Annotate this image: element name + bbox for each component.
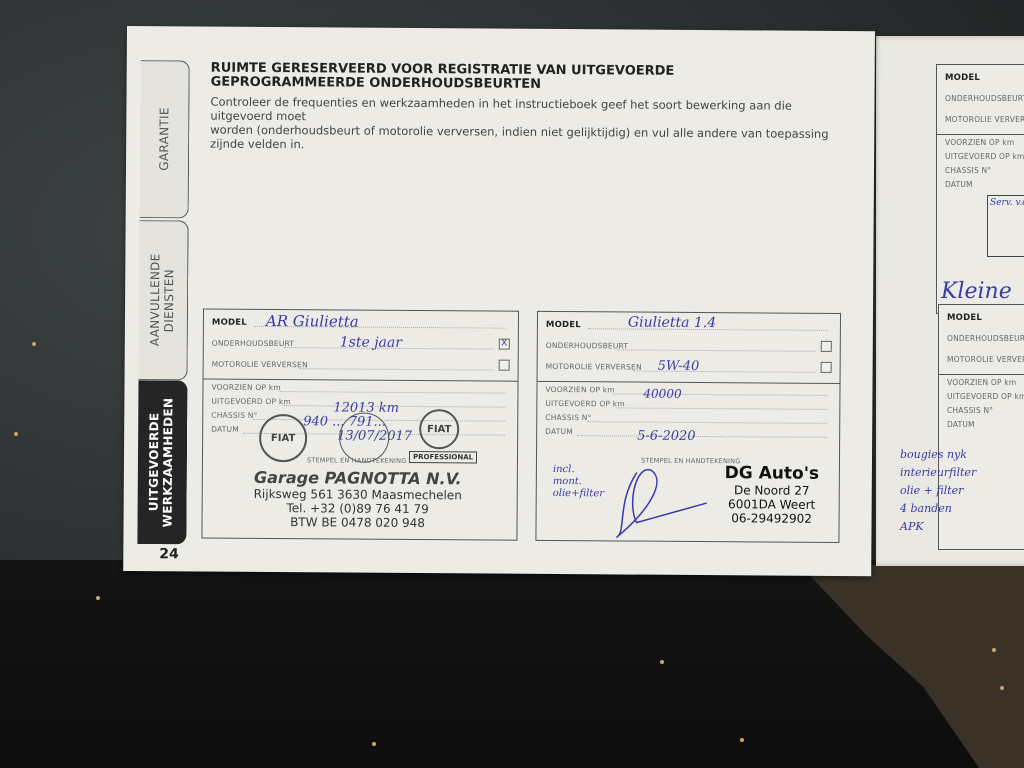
label-motorolie: MOTOROLIE VERVERSEN: [212, 360, 308, 370]
seal-text: FIAT: [271, 433, 295, 444]
right-page: MODEL ONDERHOUDSBEURT MOTOROLIE VERVERSE…: [876, 36, 1024, 566]
label-chassis: CHASSIS N°: [211, 411, 257, 420]
label-datum: DATUM: [211, 425, 239, 434]
motorolie-checkbox[interactable]: [499, 360, 510, 371]
motorolie-note: 5W-40: [658, 359, 700, 374]
label-onderhoudsbeurt: ONDERHOUDSBEURT: [212, 339, 294, 349]
debris: [740, 738, 744, 742]
label-uitgevoerd: UITGEVOERD OP km: [211, 397, 291, 407]
label-onderhoudsbeurt: ONDERHOUDSBEURT: [945, 94, 1024, 103]
label-model: MODEL: [546, 320, 581, 330]
datum-value: 5-6-2020: [637, 429, 696, 444]
label-datum: DATUM: [945, 180, 973, 189]
label-chassis: CHASSIS N°: [947, 406, 993, 415]
label-motorolie: MOTOROLIE VERVERSEN: [945, 115, 1024, 124]
debris: [992, 648, 996, 652]
debris: [1000, 686, 1004, 690]
debris: [372, 742, 376, 746]
intro-line: worden (onderhoudsbeurt of motorolie ver…: [210, 123, 850, 155]
signature: [606, 462, 717, 543]
signature: Kleine: [941, 279, 1012, 304]
note-line: 4 banden: [900, 500, 976, 518]
tab-uitgevoerde-werkzaamheden[interactable]: UITGEVOERDE WERKZAAMHEDEN: [137, 380, 187, 544]
label-voorzien: VOORZIEN OP km: [545, 385, 614, 394]
garage-address: Rijksweg 561 3630 Maasmechelen: [233, 487, 483, 503]
garage-stamp: Garage PAGNOTTA N.V. Rijksweg 561 3630 M…: [232, 468, 482, 531]
tab-aanvullende-diensten[interactable]: AANVULLENDE DIENSTEN: [139, 220, 189, 380]
label-motorolie: MOTOROLIE VERVERSEN: [947, 355, 1024, 364]
label-chassis: CHASSIS N°: [545, 413, 591, 422]
garage-name: Garage PAGNOTTA N.V.: [233, 468, 483, 489]
garage-city: 6001DA Weert: [717, 497, 827, 512]
tab-label: UITGEVOERDE WERKZAAMHEDEN: [146, 381, 177, 543]
note-line: APK: [900, 518, 976, 536]
label-uitgevoerd: UITGEVOERD OP km: [945, 152, 1024, 161]
debris: [14, 432, 18, 436]
voorzien-value: 40000: [643, 387, 681, 401]
label-model: MODEL: [947, 313, 982, 323]
page-number: 24: [159, 546, 179, 562]
instructions: Controleer de frequenties en werkzaamhed…: [210, 95, 850, 155]
label-uitgevoerd: UITGEVOERD OP km: [947, 392, 1024, 401]
note-line: interieurfilter: [900, 464, 976, 482]
label-voorzien: VOORZIEN OP km: [211, 383, 280, 392]
service-card-1: MODEL ONDERHOUDSBEURTX MOTOROLIE VERVERS…: [201, 309, 519, 541]
label-model: MODEL: [945, 73, 980, 83]
onderhoudsbeurt-note: 1ste jaar: [340, 334, 402, 350]
model-value: Giulietta 1.4: [628, 315, 716, 332]
intro-line: Controleer de frequenties en werkzaamhed…: [210, 95, 850, 127]
model-value: AR Giulietta: [266, 312, 359, 331]
motorolie-checkbox[interactable]: [821, 362, 832, 373]
note-line: bougies nyk: [900, 446, 976, 464]
fiat-seal-icon: FIAT: [419, 409, 459, 449]
handwritten-note: bougies nyk interieurfilter olie + filte…: [900, 446, 976, 536]
debris: [96, 596, 100, 600]
label-onderhoudsbeurt: ONDERHOUDSBEURT: [546, 341, 628, 351]
service-card-right-top: MODEL ONDERHOUDSBEURT MOTOROLIE VERVERSE…: [936, 64, 1024, 314]
garage-phone: 06-29492902: [717, 511, 827, 526]
onderhoudsbeurt-checkbox[interactable]: [821, 341, 832, 352]
garage-name: DG Auto's: [717, 463, 827, 484]
label-chassis: CHASSIS N°: [945, 166, 991, 175]
stamp-label: STEMPEL EN HANDTEKENING: [307, 456, 407, 465]
onderhoudsbeurt-checkbox[interactable]: X: [499, 339, 510, 350]
debris: [32, 342, 36, 346]
debris: [660, 660, 664, 664]
note-line: olie + filter: [900, 482, 976, 500]
round-stamp-icon: [339, 412, 389, 462]
tab-garantie[interactable]: GARANTIE: [140, 60, 190, 218]
seal-text: FIAT: [427, 424, 451, 435]
garage-address: De Noord 27: [717, 483, 827, 498]
label-motorolie: MOTOROLIE VERVERSEN: [546, 362, 642, 372]
tab-label: GARANTIE: [157, 108, 171, 172]
garage-vat: BTW BE 0478 020 948: [232, 515, 482, 531]
stamp-box: Serv. v.d.: [987, 195, 1024, 257]
label-model: MODEL: [212, 318, 247, 328]
label-datum: DATUM: [947, 420, 975, 429]
page-title: RUIMTE GERESERVEERD VOOR REGISTRATIE VAN…: [211, 62, 675, 93]
label-voorzien: VOORZIEN OP km: [945, 138, 1014, 147]
garage-stamp: DG Auto's De Noord 27 6001DA Weert 06-29…: [717, 463, 827, 526]
label-datum: DATUM: [545, 427, 573, 436]
tab-label: AANVULLENDE DIENSTEN: [148, 221, 179, 379]
handwritten-note: incl. mont. olie+filter: [553, 464, 603, 500]
label-uitgevoerd: UITGEVOERD OP km: [545, 399, 625, 409]
stamp-text: Serv. v.d.: [990, 198, 1024, 208]
booklet-page: GARANTIE AANVULLENDE DIENSTEN UITGEVOERD…: [123, 26, 875, 576]
service-card-2: MODEL ONDERHOUDSBEURT MOTOROLIE VERVERSE…: [535, 311, 841, 543]
professional-badge: PROFESSIONAL: [409, 451, 477, 463]
fiat-seal-icon: FIAT: [259, 414, 307, 462]
label-voorzien: VOORZIEN OP km: [947, 378, 1016, 387]
label-onderhoudsbeurt: ONDERHOUDSBEURT: [947, 334, 1024, 343]
